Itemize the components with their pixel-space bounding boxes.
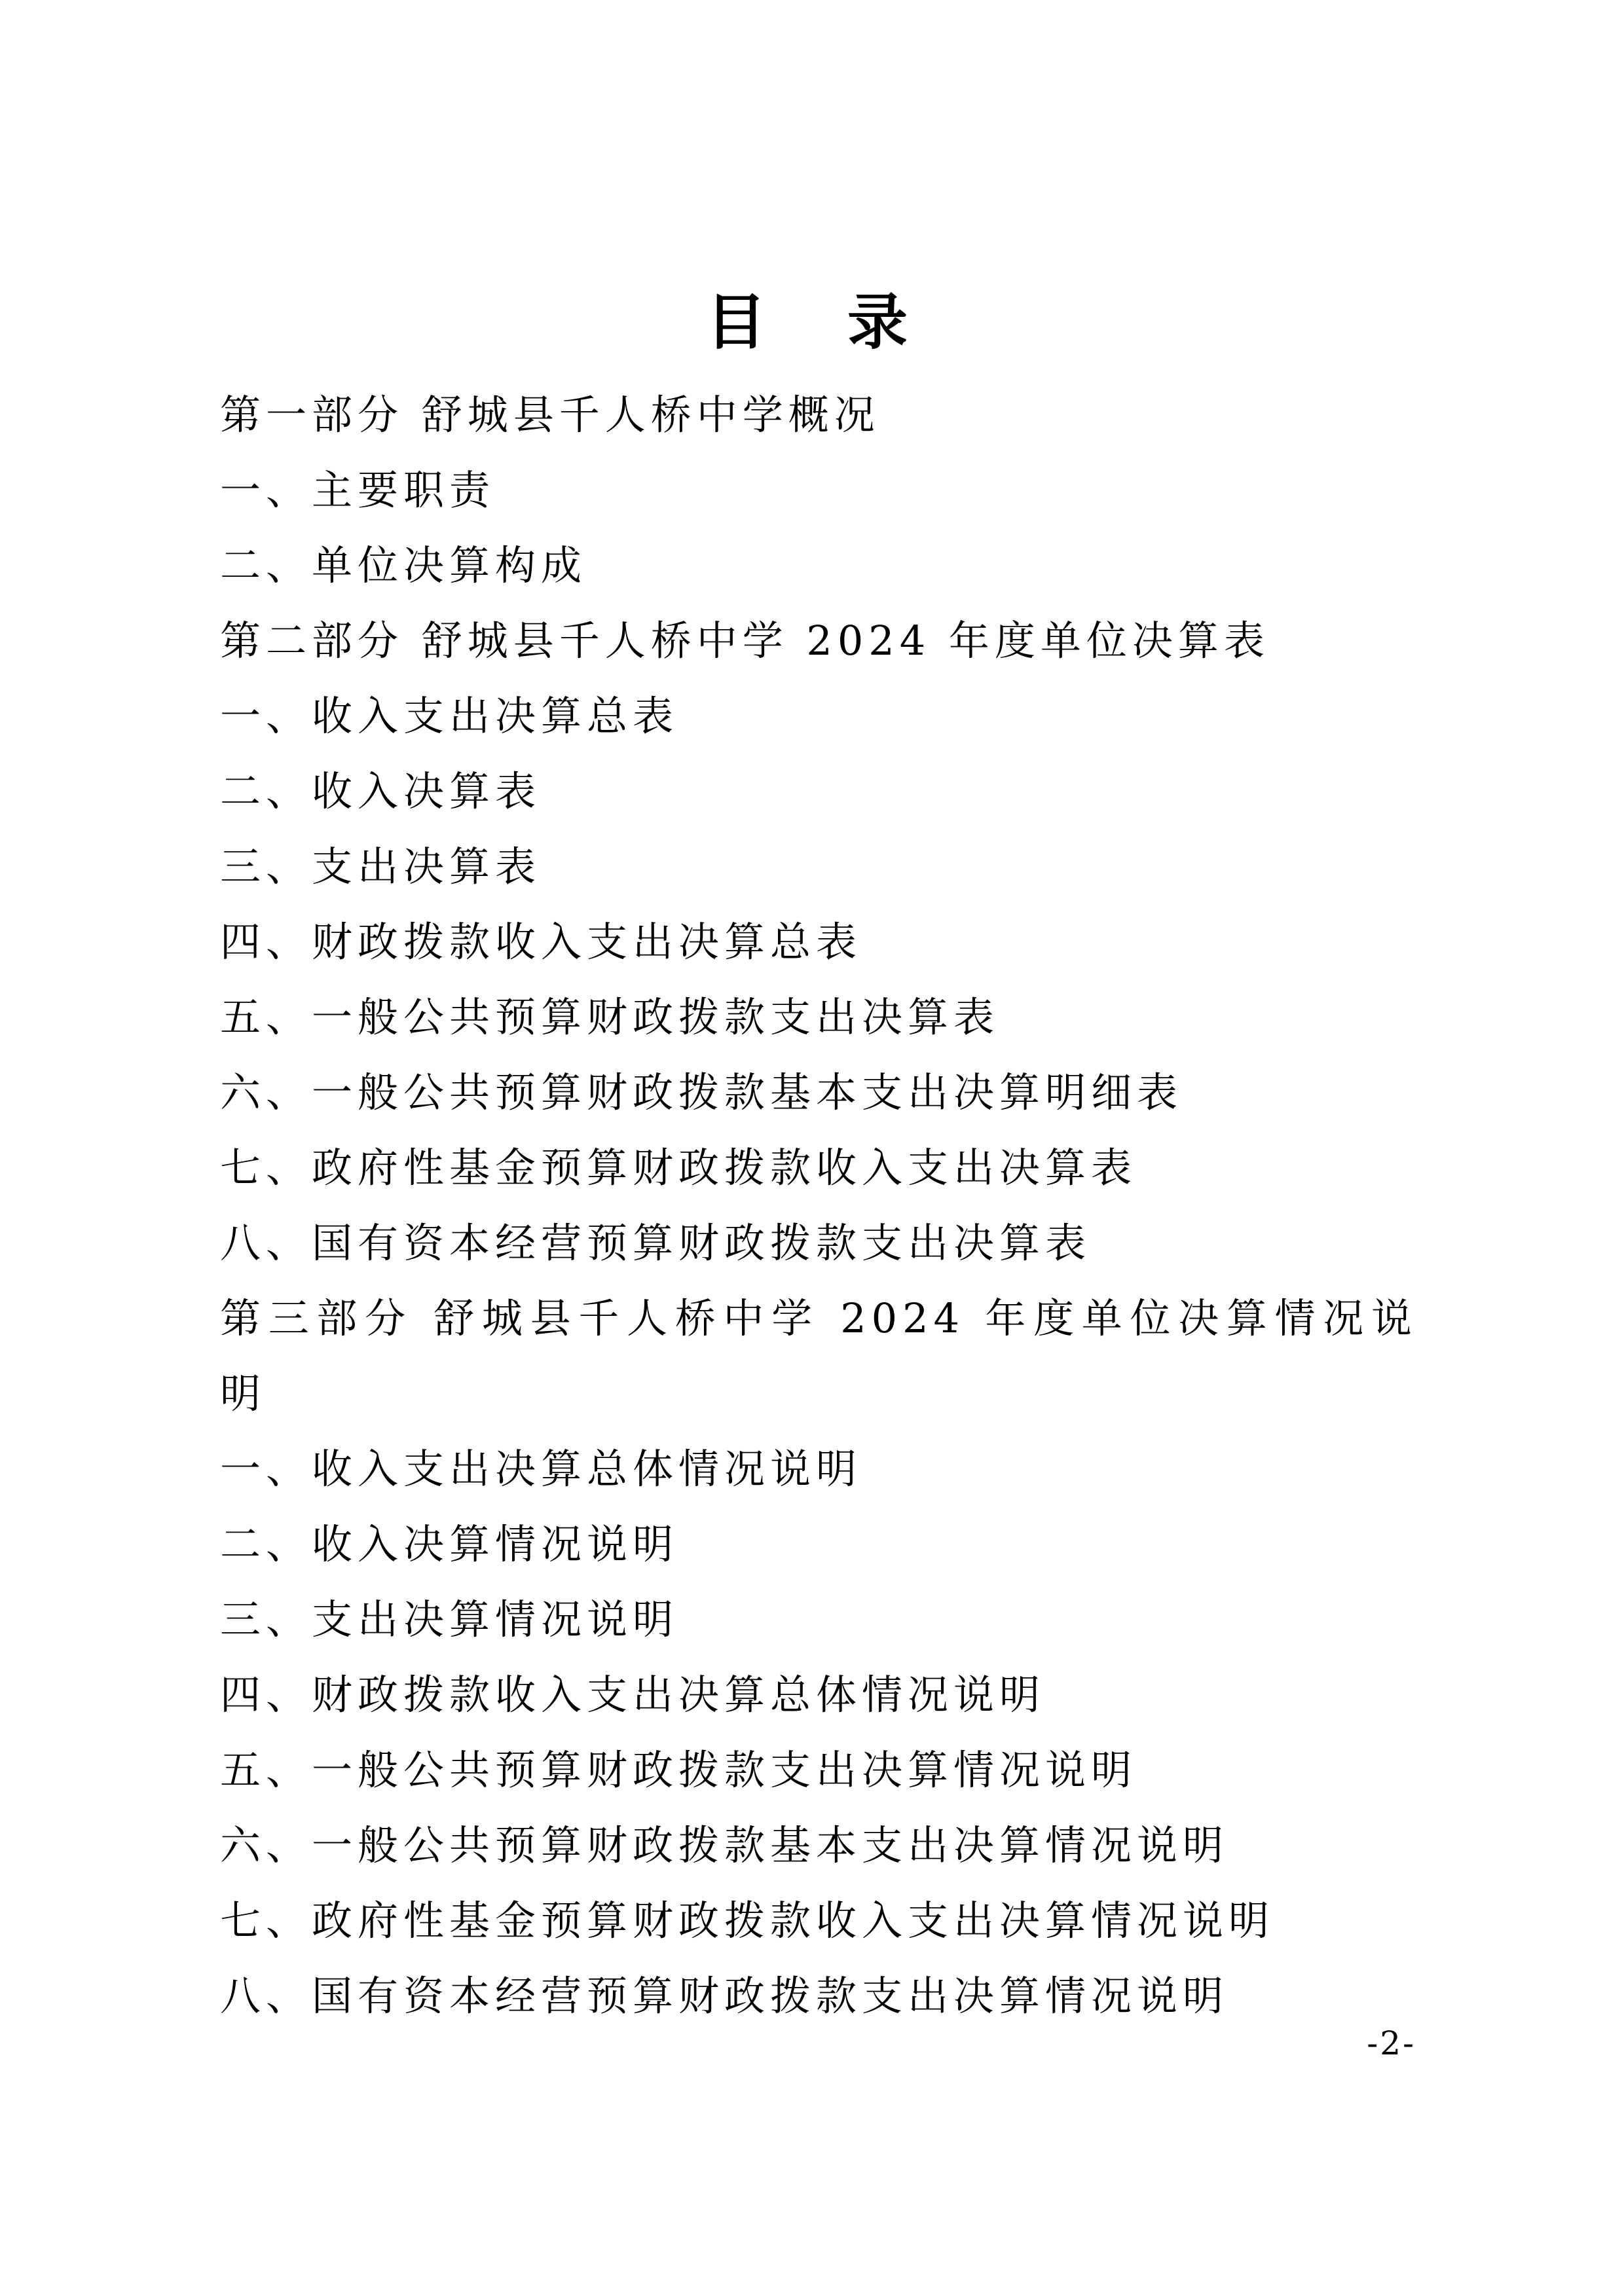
toc-line-text: 第一部分 舒城县千人桥中学概况: [220, 391, 880, 439]
toc-line-text: 第二部分 舒城县千人桥中学 2024 年度单位决算表: [220, 617, 1270, 665]
toc-line-text: 三、支出决算情况说明: [220, 1595, 678, 1643]
toc-line-text: 五、一般公共预算财政拨款支出决算表: [220, 993, 999, 1041]
toc-line: 四、财政拨款收入支出决算总体情况说明: [220, 1657, 1417, 1732]
toc-line: 二、单位决算构成: [220, 528, 1417, 603]
table-of-contents: 第一部分 舒城县千人桥中学概况 一、主要职责 二、单位决算构成 第二部分 舒城县…: [220, 377, 1417, 2033]
document-page: 目 录 第一部分 舒城县千人桥中学概况 一、主要职责 二、单位决算构成 第二部分…: [0, 0, 1624, 2296]
toc-line-text: 六、一般公共预算财政拨款基本支出决算明细表: [220, 1068, 1183, 1116]
toc-line-text: 七、政府性基金预算财政拨款收入支出决算情况说明: [220, 1897, 1274, 1944]
toc-line: 二、收入决算表: [220, 754, 1417, 829]
toc-line-text: 一、主要职责: [220, 466, 495, 514]
toc-line: 五、一般公共预算财政拨款支出决算表: [220, 979, 1417, 1055]
toc-line-text: 八、国有资本经营预算财政拨款支出决算情况说明: [220, 1972, 1228, 2020]
toc-line: 三、支出决算表: [220, 829, 1417, 904]
toc-line: 一、收入支出决算总体情况说明: [220, 1431, 1417, 1506]
toc-line-text: 第三部分 舒城县千人桥中学 2024 年度单位决算情况说: [220, 1294, 1417, 1342]
toc-line: 明: [220, 1356, 1417, 1431]
toc-line: 六、一般公共预算财政拨款基本支出决算明细表: [220, 1055, 1417, 1130]
toc-line: 七、政府性基金预算财政拨款收入支出决算情况说明: [220, 1883, 1417, 1958]
toc-line-text: 二、单位决算构成: [220, 541, 587, 589]
toc-line: 八、国有资本经营预算财政拨款支出决算情况说明: [220, 1958, 1417, 2033]
toc-line-text: 一、收入支出决算总表: [220, 692, 678, 740]
toc-line-text: 三、支出决算表: [220, 843, 541, 890]
toc-line-text: 七、政府性基金预算财政拨款收入支出决算表: [220, 1144, 1137, 1192]
page-number: -2-: [1367, 2027, 1416, 2060]
toc-line: 五、一般公共预算财政拨款支出决算情况说明: [220, 1732, 1417, 1808]
page-title: 目 录: [0, 288, 1624, 357]
toc-line: 第二部分 舒城县千人桥中学 2024 年度单位决算表: [220, 603, 1417, 678]
toc-line: 一、主要职责: [220, 452, 1417, 528]
toc-line-text: 八、国有资本经营预算财政拨款支出决算表: [220, 1219, 1091, 1267]
toc-line-text: 二、收入决算情况说明: [220, 1520, 678, 1568]
toc-line: 第一部分 舒城县千人桥中学概况: [220, 377, 1417, 452]
toc-line-text: 明: [220, 1370, 266, 1417]
toc-line-text: 四、财政拨款收入支出决算总表: [220, 918, 862, 966]
toc-line: 四、财政拨款收入支出决算总表: [220, 904, 1417, 979]
toc-line-text: 一、收入支出决算总体情况说明: [220, 1445, 862, 1493]
toc-line: 七、政府性基金预算财政拨款收入支出决算表: [220, 1130, 1417, 1205]
toc-line: 第三部分 舒城县千人桥中学 2024 年度单位决算情况说: [220, 1281, 1417, 1356]
toc-line: 八、国有资本经营预算财政拨款支出决算表: [220, 1205, 1417, 1281]
toc-line-text: 四、财政拨款收入支出决算总体情况说明: [220, 1671, 1045, 1719]
toc-line-text: 六、一般公共预算财政拨款基本支出决算情况说明: [220, 1821, 1228, 1869]
toc-line-text: 五、一般公共预算财政拨款支出决算情况说明: [220, 1746, 1137, 1794]
toc-line: 三、支出决算情况说明: [220, 1582, 1417, 1657]
toc-line: 二、收入决算情况说明: [220, 1506, 1417, 1582]
toc-line-text: 二、收入决算表: [220, 767, 541, 815]
toc-line: 六、一般公共预算财政拨款基本支出决算情况说明: [220, 1808, 1417, 1883]
toc-line: 一、收入支出决算总表: [220, 678, 1417, 754]
